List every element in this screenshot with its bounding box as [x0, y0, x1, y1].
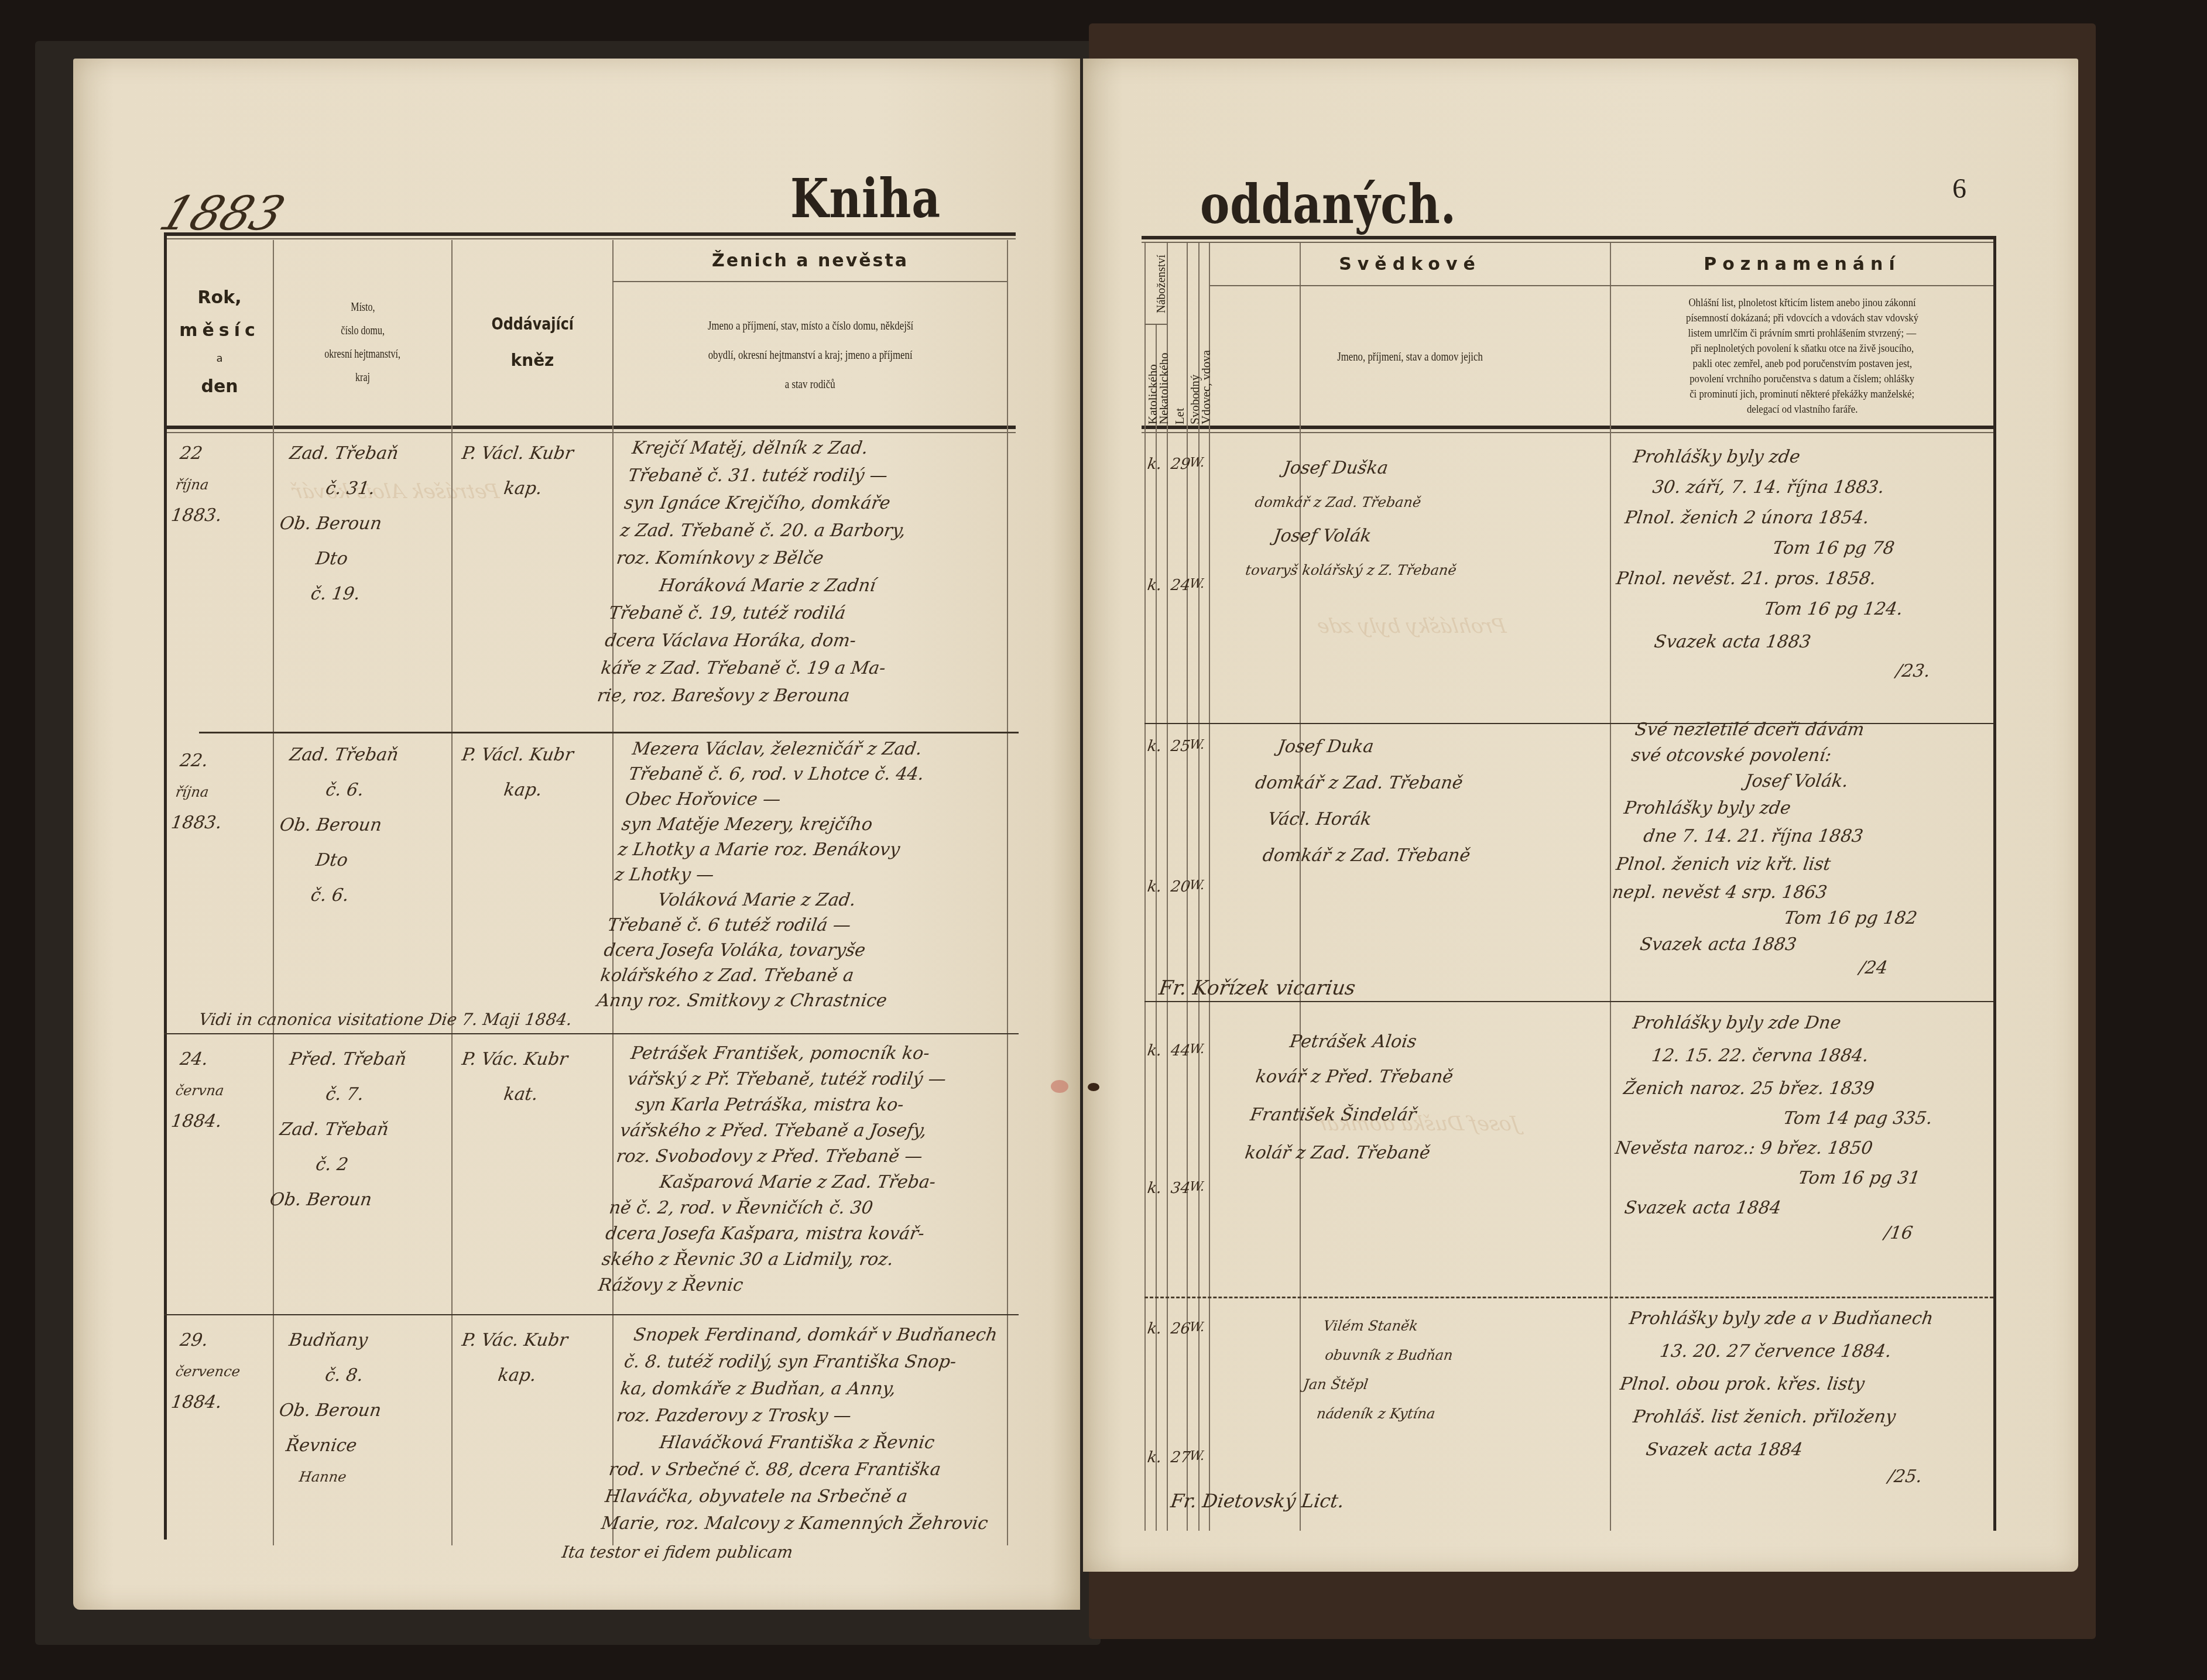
date-day: 22 — [177, 436, 232, 471]
bride-religion: k. — [1146, 878, 1163, 896]
bride-age: 24 — [1170, 577, 1191, 594]
couple-line: Anny roz. Smitkovy z Chrastnice — [595, 988, 894, 1013]
witness-name: Josef Duka — [1258, 729, 1488, 765]
note-line: /16 — [1602, 1225, 1917, 1242]
attestation-note: Ita testor ei fidem publicam — [561, 1542, 794, 1562]
place-line: Ob. Beroun — [277, 808, 391, 843]
entry-1-notes: Prohlášky byly zde 30. září, 7. 14. říjn… — [1602, 442, 1962, 683]
header-date-line: Rok, — [197, 282, 241, 314]
priest-title: kap. — [455, 773, 571, 808]
entry-separator — [164, 1033, 1019, 1034]
note-line: 30. září, 7. 14. října 1883. — [1627, 472, 1958, 503]
title-kniha: Kniha — [790, 167, 941, 230]
couple-line: syn Ignáce Krejčího, domkáře — [622, 489, 911, 517]
page-number: 6 — [1952, 173, 1966, 205]
header-couple-line: Jmeno a příjmení, stav, místo a číslo do… — [707, 311, 913, 340]
note-line: Prohlášky byly zde a v Budňanech — [1627, 1302, 1946, 1335]
entry-1-priest: P. Václ. Kubr kap. — [455, 436, 576, 506]
note-line: Tom 14 pag 335. — [1617, 1105, 1934, 1132]
couple-line: roz. Svobodovy z Před. Třebaně — — [615, 1144, 941, 1170]
place-line: č. 6. — [268, 878, 381, 913]
ink-bleedthrough: Prohlášky byly zde — [1315, 615, 1507, 638]
header-couple-line: obydlí, okresní hejtmanství a kraj; jmen… — [708, 340, 913, 369]
bride-status: W. — [1188, 577, 1205, 591]
couple-line: vářský z Př. Třebaně, tutéž rodilý — — [626, 1067, 952, 1092]
couple-line: Mezera Václav, železničář z Zad. — [630, 736, 929, 762]
entry-4-witnesses: Vilém Staněk obuvník z Budňan Jan Štěpl … — [1250, 1311, 1459, 1428]
place-line: č. 6. — [282, 773, 396, 808]
couple-line: Voláková Marie z Zad. — [609, 887, 908, 913]
header-date-line: den — [201, 371, 238, 403]
groom-religion: k. — [1146, 738, 1163, 755]
couple-line: Hlaváčka, obyvatele na Srbečně a — [604, 1483, 993, 1510]
couple-line: z Lhotky a Marie roz. Benákovy — [616, 837, 915, 862]
bride-religion: k. — [1146, 1180, 1163, 1197]
bride-status: W. — [1188, 1180, 1205, 1194]
witness-detail: domkář z Zad. Třebaně — [1253, 765, 1483, 801]
couple-line: Rážovy z Řevnic — [597, 1273, 923, 1298]
witness-name: Petrášek Alois — [1258, 1024, 1461, 1060]
vicar-signature: Fr. Kořízek vicarius — [1157, 976, 1357, 1000]
couple-line: syn Matěje Mezery, krejčího — [620, 812, 919, 837]
witness-name: Josef Duška — [1257, 451, 1473, 486]
place-line: Před. Třebaň — [287, 1042, 409, 1077]
place-line: Ob. Beroun — [277, 506, 391, 541]
priest-name: P. Václ. Kubr — [460, 738, 576, 773]
witness-detail: kolář z Zad. Třebaně — [1242, 1136, 1445, 1171]
witness-name: Josef Volák — [1248, 519, 1464, 554]
couple-line: Třebaně č. 19, tutéž rodilá — [607, 599, 896, 627]
note-line: Svazek acta 1883 — [1605, 625, 1937, 660]
entry-separator — [199, 732, 1019, 733]
header-notes-line: listem umrlčím či právním smrti prohláše… — [1688, 326, 1917, 341]
bride-status: W. — [1188, 1449, 1205, 1463]
groom-religion: k. — [1146, 1320, 1163, 1338]
place-line: č. 8. — [282, 1358, 388, 1393]
note-line: Plnol. ženich viz křt. list — [1614, 851, 1926, 879]
witness-detail: tovaryš kolářský z Z. Třebaně — [1243, 554, 1459, 587]
header-notes-line: povolení vrchního poručenstva s datum a … — [1689, 372, 1914, 387]
column-divider — [1209, 243, 1210, 1531]
bride-status: W. — [1188, 878, 1205, 893]
header-witnesses-desc: Jmeno, příjmení, stav a domov jejich — [1250, 287, 1569, 426]
place-line: č. 7. — [282, 1077, 404, 1112]
witness-name: Vilém Staněk — [1263, 1311, 1459, 1340]
couple-line: rod. v Srbečné č. 88, dcera Františka — [607, 1456, 997, 1483]
note-line: Nevěsta naroz.: 9 břez. 1850 — [1613, 1132, 1930, 1165]
place-line: Zad. Třebaň — [287, 738, 401, 773]
note-line: Svazek acta 1884 — [1605, 1192, 1922, 1225]
header-notes-title: Poznamenání — [1611, 243, 1993, 285]
place-line: Řevnice — [272, 1428, 378, 1463]
note-line: 13. 20. 27 července 1884. — [1622, 1335, 1942, 1368]
priest-title: kap. — [455, 1358, 566, 1393]
note-line: /23. — [1602, 660, 1931, 683]
couple-line: Krejčí Matěj, dělník z Zad. — [630, 434, 919, 462]
couple-line: vářského z Před. Třebaně a Josefy, — [618, 1118, 944, 1144]
column-divider — [1156, 325, 1157, 1531]
entry-3-couple: Petrášek František, pomocník ko- vářský … — [597, 1041, 955, 1298]
date-year: 1883. — [169, 805, 224, 841]
header-notes-line: Ohlášní list, plnoletost křticím listem … — [1688, 296, 1915, 311]
table-top-rule — [164, 232, 1016, 236]
header-widowed: Vdovec, vdova — [1199, 331, 1214, 424]
place-line: č. 31. — [282, 471, 396, 506]
place-line: Dto — [272, 541, 386, 577]
header-age: Let — [1173, 331, 1187, 424]
column-divider — [1610, 243, 1611, 1531]
couple-line: z Zad. Třebaně č. 20. a Barbory, — [619, 517, 908, 544]
entry-2-notes: Své nezletilé dceři dávám své otcovské p… — [1601, 717, 1945, 977]
groom-age: 29 — [1170, 455, 1191, 473]
place-line: Dto — [272, 843, 386, 878]
note-line: své otcovské povolení: — [1630, 743, 1942, 769]
priest-title: kap. — [455, 471, 571, 506]
witness-detail: kovář z Před. Třebaně — [1253, 1060, 1456, 1095]
witness-detail: domkář z Zad. Třebaně — [1253, 486, 1468, 519]
couple-line: syn Karla Petráška, mistra ko- — [622, 1092, 948, 1118]
entry-3-place: Před. Třebaň č. 7. Zad. Třebaň č. 2 Ob. … — [268, 1042, 409, 1218]
groom-status: W. — [1188, 1320, 1205, 1335]
entry-2-priest: P. Václ. Kubr kap. — [455, 738, 576, 808]
witness-detail: obuvník z Budňan — [1259, 1340, 1455, 1370]
header-witnesses-title: Svědkové — [1210, 243, 1610, 285]
religion-subrule — [1144, 324, 1167, 325]
date-year: 1884. — [169, 1104, 224, 1139]
header-noncatholic: Nekatolického — [1157, 331, 1171, 424]
note-line: Plnol. nevěst. 21. pros. 1858. — [1614, 564, 1945, 594]
couple-line: č. 8. tutéž rodilý, syn Františka Snop- — [622, 1349, 1012, 1376]
note-line: 12. 15. 22. června 1884. — [1626, 1040, 1944, 1072]
couple-line: Marie, roz. Malcovy z Kamenných Žehrovic — [599, 1510, 989, 1537]
witness-detail: domkář z Zad. Třebaně — [1243, 838, 1473, 874]
signature: Fr. Dietovský Lict. — [1169, 1490, 1345, 1512]
place-line: Ob. Beroun — [277, 1393, 383, 1428]
column-divider — [1167, 243, 1168, 1531]
couple-line: kolářského z Zad. Třebaně a — [599, 963, 897, 988]
priest-title: kat. — [455, 1077, 566, 1112]
entry-separator — [164, 1314, 1019, 1315]
table-right-border — [1993, 237, 1996, 1531]
header-notes-line: delegací od vlastního faráře. — [1747, 402, 1858, 417]
date-month: října — [174, 471, 228, 498]
groom-status: W. — [1188, 455, 1205, 470]
note-line: Tom 16 pg 182 — [1607, 907, 1918, 930]
entry-1-witnesses: Josef Duška domkář z Zad. Třebaně Josef … — [1243, 451, 1473, 587]
groom-age: 25 — [1170, 738, 1191, 755]
header-notes-line: písemností dokázaná; při vdovcích a vdov… — [1686, 311, 1918, 326]
place-line: Zad. Třebaň — [287, 436, 401, 471]
note-line: Svazek acta 1884 — [1609, 1434, 1928, 1466]
couple-line: roz. Komínkovy z Bělče — [615, 544, 904, 572]
entry-separator — [1144, 1001, 1993, 1002]
date-year: 1884. — [169, 1385, 238, 1420]
couple-line: ně č. 2, rod. v Řevničích č. 30 — [608, 1195, 934, 1221]
groom-status: W. — [1188, 738, 1205, 752]
column-divider — [1144, 243, 1146, 1531]
place-line: Ob. Beroun — [268, 1182, 389, 1218]
couple-line: Kašparová Marie z Zad. Třeba- — [611, 1170, 937, 1195]
note-line: Ženich naroz. 25 břez. 1839 — [1622, 1072, 1939, 1105]
note-line: Tom 16 pg 78 — [1619, 533, 1949, 564]
table-top-rule — [1142, 236, 1996, 239]
stain — [1051, 1080, 1068, 1093]
couple-line: Třebaně č. 31. tutéž rodilý — — [626, 462, 916, 489]
groom-religion: k. — [1146, 455, 1163, 473]
couple-line: dcera Josefa Kašpara, mistra kovář- — [604, 1221, 930, 1247]
entry-separator — [1144, 1297, 1993, 1298]
couple-line: Horáková Marie z Zadní — [611, 572, 900, 599]
place-line: Hanne — [268, 1463, 373, 1490]
header-place-line: Místo, — [351, 296, 375, 319]
entry-4-couple: Snopek Ferdinand, domkář v Budňanech č. … — [599, 1322, 1016, 1537]
note-line: Prohlášky byly zde — [1622, 794, 1934, 822]
note-line: Plnol. ženich 2 února 1854. — [1623, 503, 1954, 533]
couple-line: z Lhotky — — [613, 862, 911, 887]
header-bottom-rule-thin — [164, 432, 1016, 433]
note-line: Prohláš. list ženich. přiloženy — [1613, 1401, 1933, 1434]
couple-line: Obec Hořovice — — [623, 787, 922, 812]
note-line: Plnol. obou prok. křes. listy — [1618, 1368, 1938, 1401]
header-couple-title: Ženich a nevěsta — [614, 240, 1007, 281]
place-line: Zad. Třebaň — [277, 1112, 399, 1147]
subheader-rule — [612, 281, 1007, 282]
couple-line: dcera Josefa Voláka, tovaryše — [602, 938, 901, 963]
hole — [1088, 1083, 1099, 1091]
couple-line: Třebaně č. 6 tutéž rodilá — — [606, 913, 904, 938]
entry-4-notes: Prohlášky byly zde a v Budňanech 13. 20.… — [1606, 1302, 1946, 1487]
groom-status: W. — [1188, 1042, 1205, 1057]
priest-name: P. Václ. Kubr — [460, 436, 576, 471]
header-priest-line: kněz — [511, 342, 554, 379]
date-day: 22. — [177, 743, 232, 779]
date-month: října — [174, 779, 228, 805]
date-year: 1883. — [169, 498, 224, 533]
note-line: dne 7. 14. 21. října 1883 — [1618, 822, 1930, 851]
couple-line: Třebaně č. 6, rod. v Lhotce č. 44. — [627, 762, 926, 787]
note-line: Prohlášky byly zde Dne — [1630, 1007, 1948, 1040]
entry-4-date: 29. července 1884. — [169, 1323, 246, 1420]
entry-1-couple: Krejčí Matěj, dělník z Zad. Třebaně č. 3… — [595, 434, 919, 709]
note-line: Svazek acta 1883 — [1603, 930, 1915, 959]
subheader-rule — [1210, 285, 1993, 286]
note-line: Tom 16 pg 124. — [1610, 594, 1941, 625]
note-line: Prohlášky byly zde — [1632, 442, 1962, 472]
note-line: Tom 16 pg 31 — [1609, 1165, 1926, 1192]
witness-detail: nádeník z Kytína — [1250, 1399, 1447, 1428]
header-religion-group: Náboženství — [1156, 246, 1167, 322]
title-oddanych: oddaných. — [1200, 173, 1457, 236]
header-place-line: okresní hejtmanství, — [325, 342, 401, 366]
header-notes-desc: Ohlášní list, plnoletost křticím listem … — [1611, 287, 1993, 426]
header-notes-line: při neplnoletých povolení k sňatku otce … — [1691, 341, 1914, 356]
date-day: 24. — [177, 1042, 232, 1077]
bride-age: 27 — [1170, 1449, 1191, 1466]
couple-line: Hlaváčková Františka z Řevnic — [611, 1429, 1001, 1456]
header-priest: Oddávající kněz — [453, 258, 612, 427]
table-top-rule-thin — [164, 238, 1016, 239]
bride-age: 20 — [1170, 878, 1191, 896]
note-line: nepl. nevěst 4 srp. 1863 — [1610, 879, 1922, 907]
groom-religion: k. — [1146, 1042, 1163, 1060]
header-bottom-rule-thin — [1142, 432, 1993, 433]
place-line: č. 19. — [268, 577, 381, 612]
groom-age: 44 — [1170, 1042, 1191, 1060]
entry-4-priest: P. Vác. Kubr kap. — [455, 1323, 570, 1393]
couple-line: rie, roz. Barešovy z Berouna — [595, 682, 885, 709]
couple-line: dcera Václava Horáka, dom- — [603, 627, 892, 654]
visitation-note: Vidi in canonica visitatione Die 7. Maji… — [198, 1010, 574, 1029]
witness-name: Jan Štěpl — [1255, 1370, 1451, 1399]
header-date-line: měsíc — [179, 314, 260, 347]
couple-line: ského z Řevnic 30 a Lidmily, roz. — [600, 1247, 926, 1273]
witness-name: František Šindelář — [1248, 1095, 1451, 1136]
couple-line: ka, domkáře z Budňan, a Anny, — [618, 1376, 1008, 1403]
bride-religion: k. — [1146, 577, 1163, 594]
entry-2-couple: Mezera Václav, železničář z Zad. Třebaně… — [595, 736, 930, 1013]
note-line: /24 — [1601, 959, 1911, 977]
entry-3-witnesses: Petrášek Alois kovář z Před. Třebaně Fra… — [1242, 1024, 1460, 1171]
header-priest-line: Oddávající — [491, 306, 574, 342]
couple-line: Snopek Ferdinand, domkář v Budňanech — [626, 1322, 1016, 1349]
bride-age: 34 — [1170, 1180, 1191, 1197]
date-day: 29. — [177, 1323, 246, 1358]
header-notes-line: pakli otec zemřel, aneb pod poručenstvím… — [1692, 356, 1912, 372]
priest-name: P. Vác. Kubr — [460, 1323, 570, 1358]
header-place-line: číslo domu, — [341, 319, 385, 342]
couple-line: káře z Zad. Třebaně č. 19 a Ma- — [599, 654, 889, 682]
entry-2-witnesses: Josef Duka domkář z Zad. Třebaně Václ. H… — [1243, 729, 1488, 874]
note-line: /25. — [1606, 1466, 1924, 1487]
date-month: června — [174, 1077, 228, 1104]
witness-name: Václ. Horák — [1248, 801, 1478, 838]
header-date: Rok, měsíc a den — [166, 258, 273, 427]
table-left-border — [164, 234, 167, 1540]
couple-line: Petrášek František, pomocník ko- — [629, 1041, 955, 1067]
note-line: Josef Volák. — [1626, 769, 1938, 794]
place-line: Budňany — [287, 1323, 393, 1358]
header-date-line: a — [216, 347, 222, 371]
priest-name: P. Vác. Kubr — [460, 1042, 570, 1077]
date-month: července — [174, 1358, 242, 1385]
column-divider — [451, 240, 453, 1545]
header-place: Místo, číslo domu, okresní hejtmanství, … — [274, 258, 451, 427]
entry-3-notes: Prohlášky byly zde Dne 12. 15. 22. červn… — [1602, 1007, 1948, 1242]
bride-religion: k. — [1146, 1449, 1163, 1466]
entry-3-priest: P. Vác. Kubr kat. — [455, 1042, 570, 1112]
couple-line: roz. Pazderovy z Trosky — — [615, 1403, 1005, 1429]
header-couple-line: a stav rodičů — [785, 369, 835, 399]
note-line: Své nezletilé dceři dávám — [1633, 717, 1945, 743]
header-place-line: kraj — [355, 366, 370, 389]
groom-age: 26 — [1170, 1320, 1191, 1338]
header-couple-desc: Jmeno a příjmení, stav, místo a číslo do… — [614, 283, 1007, 426]
header-notes-line: či prominutí jich, prominutí některé pře… — [1690, 387, 1915, 402]
place-line: č. 2 — [272, 1147, 394, 1182]
